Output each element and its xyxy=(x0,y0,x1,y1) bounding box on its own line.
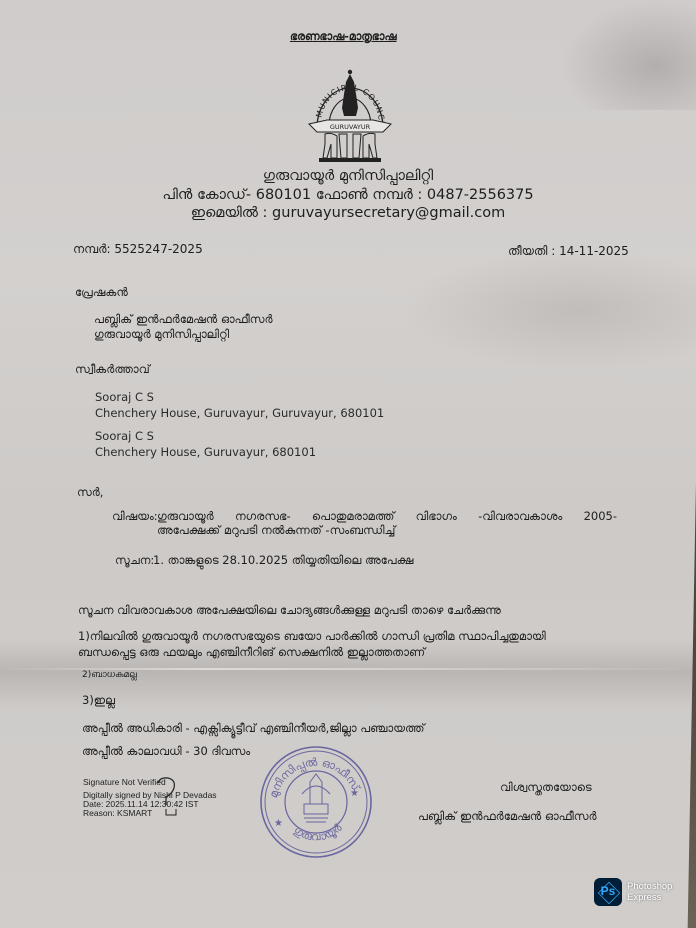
svg-text:ഗുരുവായൂർ: ഗുരുവായൂർ xyxy=(291,821,344,844)
appeal-period: അപ്പീൽ കാലാവധി - 30 ദിവസം xyxy=(82,744,250,759)
letter-date: തീയതി : 14-11-2025 xyxy=(508,244,629,259)
appeal-authority: അപ്പീൽ അധികാരി - എക്സിക്യൂട്ടീവ് എഞ്ചിനീ… xyxy=(82,721,424,736)
office-seal-icon: മുനിസിപ്പൽ ഓഫീസ് ഗുരുവായൂർ ★ ★ xyxy=(258,744,374,860)
reference-number: നമ്പർ: 5525247-2025 xyxy=(73,242,203,257)
recipient-address: Chenchery House, Guruvayur, 680101 xyxy=(95,445,316,459)
watermark-text: Photoshop Express xyxy=(627,881,672,903)
answer-3: 3)ഇല്ല xyxy=(82,693,115,708)
subject-label: വിഷയം: xyxy=(112,509,158,524)
sender-line: പബ്ലിക് ഇൻഫർമേഷൻ ഓഫീസർ xyxy=(94,312,273,327)
recipient-name: Sooraj C S xyxy=(95,390,154,404)
paper-shadow xyxy=(400,250,696,370)
watermark-line: Photoshop xyxy=(627,881,672,892)
letter-paper: ഭരണഭാഷ-മാതൃഭാഷ MUNICIPAL COUNCIL GURUVAY… xyxy=(0,0,696,928)
municipal-council-emblem-icon: MUNICIPAL COUNCIL GURUVAYUR xyxy=(307,58,393,166)
valediction: വിശ്വസ്തതയോടെ xyxy=(500,780,592,795)
reference-label: സൂചന: xyxy=(115,553,154,568)
signature-reason: Reason: KSMART xyxy=(83,808,152,818)
recipient-address: Chenchery House, Guruvayur, Guruvayur, 6… xyxy=(95,406,384,420)
sender-label: പ്രേഷകൻ xyxy=(75,285,128,300)
answer-1-cont: ബന്ധപ്പെട്ട ഒരു ഫയലും എഞ്ചിനീറിങ് സെക്ഷന… xyxy=(78,645,425,660)
answer-1: 1)നിലവിൽ ഗുരുവായൂർ നഗരസഭയുടെ ബയോ പാർക്കി… xyxy=(78,629,546,644)
language-tag: ഭരണഭാഷ-മാതൃഭാഷ xyxy=(290,30,397,44)
office-name: ഗുരുവായൂർ മുനിസിപ്പാലിറ്റി xyxy=(0,168,696,184)
signature-question-mark-icon xyxy=(150,775,184,817)
svg-text:★: ★ xyxy=(274,818,283,829)
subject-line: അപേക്ഷക്ക് മറുപടി നൽകുന്നത് -സംബന്ധിച്ച് xyxy=(157,523,395,538)
pin-phone-line: പിൻ കോഡ്- 680101 ഫോൺ നമ്പർ : 0487-255637… xyxy=(0,187,696,203)
salutation: സർ, xyxy=(77,485,103,500)
signatory-title: പബ്ലിക് ഇൻഫർമേഷൻ ഓഫീസർ xyxy=(418,809,597,824)
recipient-label: സ്വീകർത്താവ് xyxy=(75,362,150,377)
photoshop-express-icon: Ps xyxy=(594,878,622,906)
recipient-name: Sooraj C S xyxy=(95,429,154,443)
body-intro: സൂചന വിവരാവകാശ അപേക്ഷയിലെ ചോദ്യങ്ങൾക്കുള… xyxy=(78,603,501,618)
photoshop-express-watermark: Ps Photoshop Express xyxy=(594,878,672,906)
watermark-line: Express xyxy=(627,892,672,903)
sender-line: ഗുരുവായൂർ മുനിസിപ്പാലിറ്റി xyxy=(94,327,229,342)
svg-text:★: ★ xyxy=(350,788,359,799)
paper-shadow xyxy=(560,0,696,110)
email-line: ഇമെയിൽ : guruvayursecretary@gmail.com xyxy=(0,205,696,221)
svg-text:മുനിസിപ്പൽ ഓഫീസ്: മുനിസിപ്പൽ ഓഫീസ് xyxy=(267,756,364,800)
answer-2: 2)ബാധകമല്ല xyxy=(82,670,137,680)
svg-text:GURUVAYUR: GURUVAYUR xyxy=(330,123,371,131)
subject-line: ഗുരുവായൂർ നഗരസഭ- പൊതുമരാമത്ത് വിഭാഗം -വി… xyxy=(157,509,617,524)
reference-value: 1. താങ്കളുടെ 28.10.2025 തിയ്യതിയിലെ അപേക… xyxy=(153,553,413,568)
